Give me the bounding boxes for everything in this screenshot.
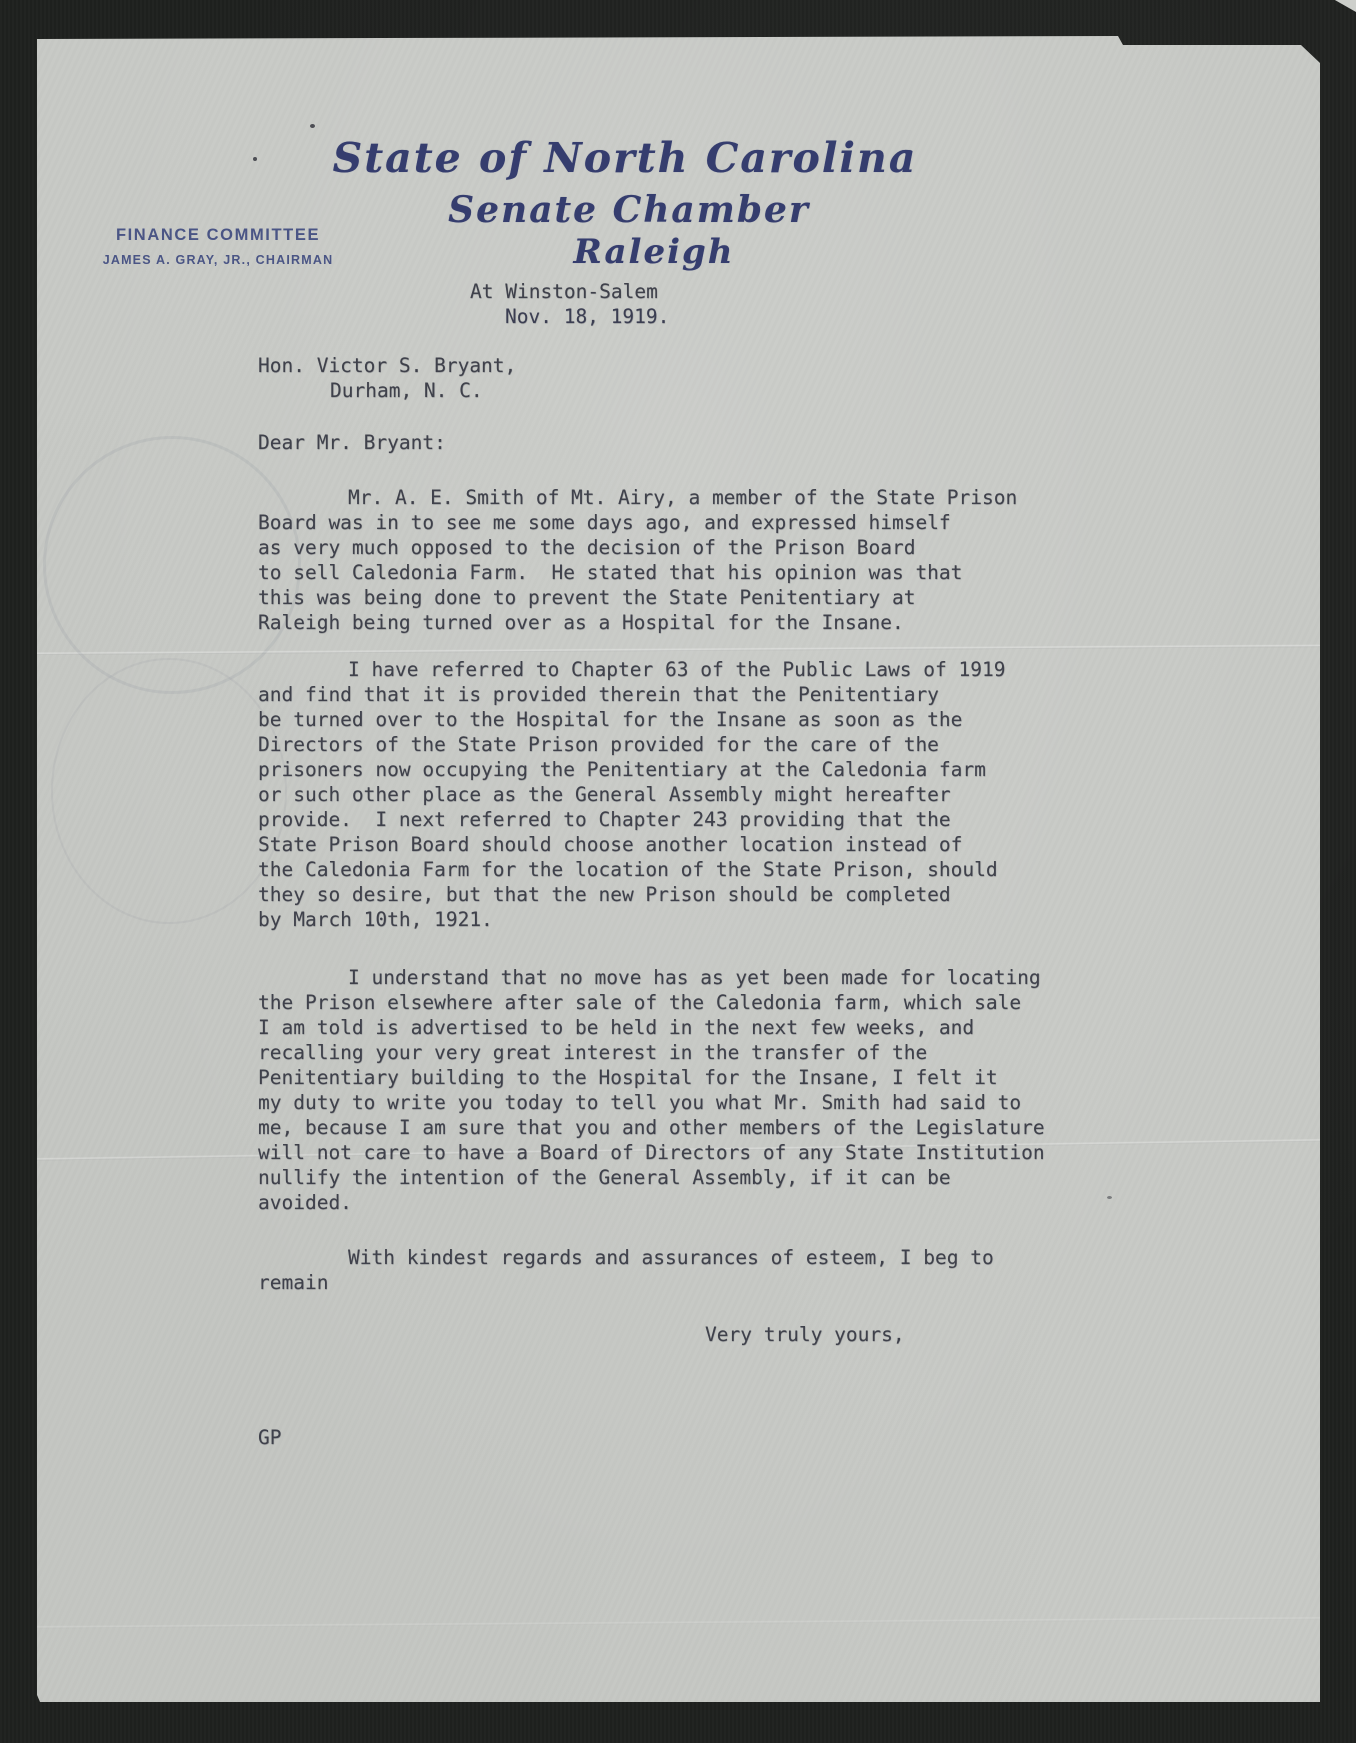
typed-line: Penitentiary building to the Hospital fo… [258, 1065, 1070, 1090]
ink-speck [253, 157, 257, 161]
paragraph: With kindest regards and assurances of e… [258, 1245, 1070, 1295]
typed-line: and find that it is provided therein tha… [258, 682, 1070, 707]
typed-line: remain [258, 1270, 1070, 1295]
typed-line: Raleigh being turned over as a Hospital … [258, 610, 1070, 635]
committee-block: FINANCE COMMITTEE JAMES A. GRAY, JR., CH… [87, 226, 349, 267]
typed-line: With kindest regards and assurances of e… [258, 1245, 1070, 1270]
scan-corner-artifact [1332, 0, 1356, 12]
paragraph: I have referred to Chapter 63 of the Pub… [258, 657, 1070, 932]
typed-line: recalling your very great interest in th… [258, 1040, 1070, 1065]
typed-line: will not care to have a Board of Directo… [258, 1140, 1070, 1165]
typed-line: by March 10th, 1921. [258, 907, 1070, 932]
typed-line: the Prison elsewhere after sale of the C… [258, 990, 1070, 1015]
typed-line: avoided. [258, 1190, 1070, 1215]
recipient-name: Hon. Victor S. Bryant, [258, 353, 1070, 378]
dateline-date: Nov. 18, 1919. [505, 304, 669, 329]
paragraph: Mr. A. E. Smith of Mt. Airy, a member of… [258, 485, 1070, 635]
chairman-label: JAMES A. GRAY, JR., CHAIRMAN [87, 253, 349, 267]
letterhead-state-title: State of North Carolina [333, 134, 918, 182]
typed-line: I have referred to Chapter 63 of the Pub… [258, 657, 1070, 682]
typed-line: or such other place as the General Assem… [258, 782, 1070, 807]
typed-line: prisoners now occupying the Penitentiary… [258, 757, 1070, 782]
typed-line: Board was in to see me some days ago, an… [258, 510, 1070, 535]
typed-line: Directors of the State Prison provided f… [258, 732, 1070, 757]
typed-line: State Prison Board should choose another… [258, 832, 1070, 857]
recipient-address: Durham, N. C. [330, 378, 1070, 403]
typed-line: I understand that no move has as yet bee… [258, 965, 1070, 990]
typed-line: nullify the intention of the General Ass… [258, 1165, 1070, 1190]
typed-line: as very much opposed to the decision of … [258, 535, 1070, 560]
embossed-seal-ghost [51, 658, 287, 924]
salutation: Dear Mr. Bryant: [258, 430, 1070, 455]
typed-line: this was being done to prevent the State… [258, 585, 1070, 610]
typed-line: they so desire, but that the new Prison … [258, 882, 1070, 907]
scanned-letter-canvas: State of North Carolina Senate Chamber R… [0, 0, 1356, 1743]
typed-line: be turned over to the Hospital for the I… [258, 707, 1070, 732]
body-paragraphs: Mr. A. E. Smith of Mt. Airy, a member of… [258, 485, 1070, 1295]
letterhead-chamber-title: Senate Chamber [448, 189, 810, 231]
typed-line: provide. I next referred to Chapter 243 … [258, 807, 1070, 832]
letterhead-city-title: Raleigh [573, 232, 734, 272]
committee-label: FINANCE COMMITTEE [87, 226, 349, 245]
letter-paper: State of North Carolina Senate Chamber R… [37, 36, 1320, 1702]
paragraph: I understand that no move has as yet bee… [258, 965, 1070, 1215]
fold-crease [27, 1616, 1337, 1628]
ink-speck [310, 124, 315, 128]
typed-line: my duty to write you today to tell you w… [258, 1090, 1070, 1115]
typed-line: me, because I am sure that you and other… [258, 1115, 1070, 1140]
typed-line: to sell Caledonia Farm. He stated that h… [258, 560, 1070, 585]
typed-line: Mr. A. E. Smith of Mt. Airy, a member of… [258, 485, 1070, 510]
letter-content: Hon. Victor S. Bryant, Durham, N. C. Dea… [258, 353, 1070, 1450]
typed-line: I am told is advertised to be held in th… [258, 1015, 1070, 1040]
dateline-place: At Winston-Salem [470, 279, 658, 304]
typist-initials: GP [258, 1425, 1070, 1450]
ink-speck [1107, 1196, 1112, 1199]
signoff: Very truly yours, [705, 1322, 1070, 1347]
typed-line: the Caledonia Farm for the location of t… [258, 857, 1070, 882]
